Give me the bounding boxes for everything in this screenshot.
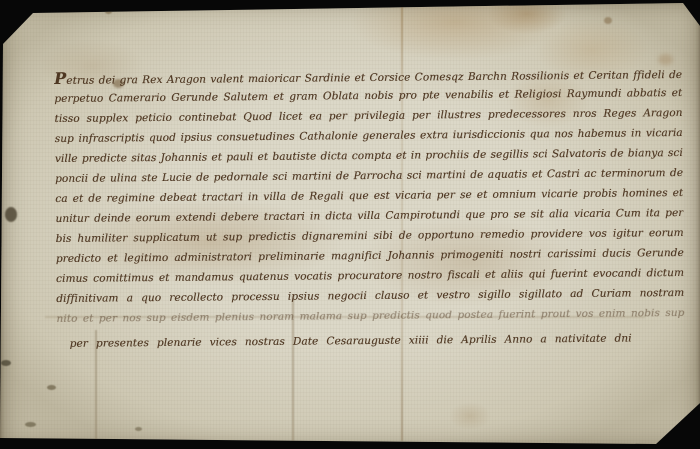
stain-spot xyxy=(5,207,17,222)
stain-spot xyxy=(105,9,112,14)
stain-spot xyxy=(135,427,142,431)
stain-spot xyxy=(604,17,612,24)
manuscript-text: Petrus dei gra Rex Aragon valent maioric… xyxy=(54,63,685,354)
stain-spot xyxy=(47,385,56,390)
parchment: Petrus dei gra Rex Aragon valent maioric… xyxy=(0,0,700,449)
manuscript-photo: Petrus dei gra Rex Aragon valent maioric… xyxy=(0,0,700,449)
stain-spot xyxy=(25,422,36,427)
stain-spot xyxy=(1,360,11,366)
manuscript-line: per presentes plenarie vices nostras Dat… xyxy=(70,328,632,353)
